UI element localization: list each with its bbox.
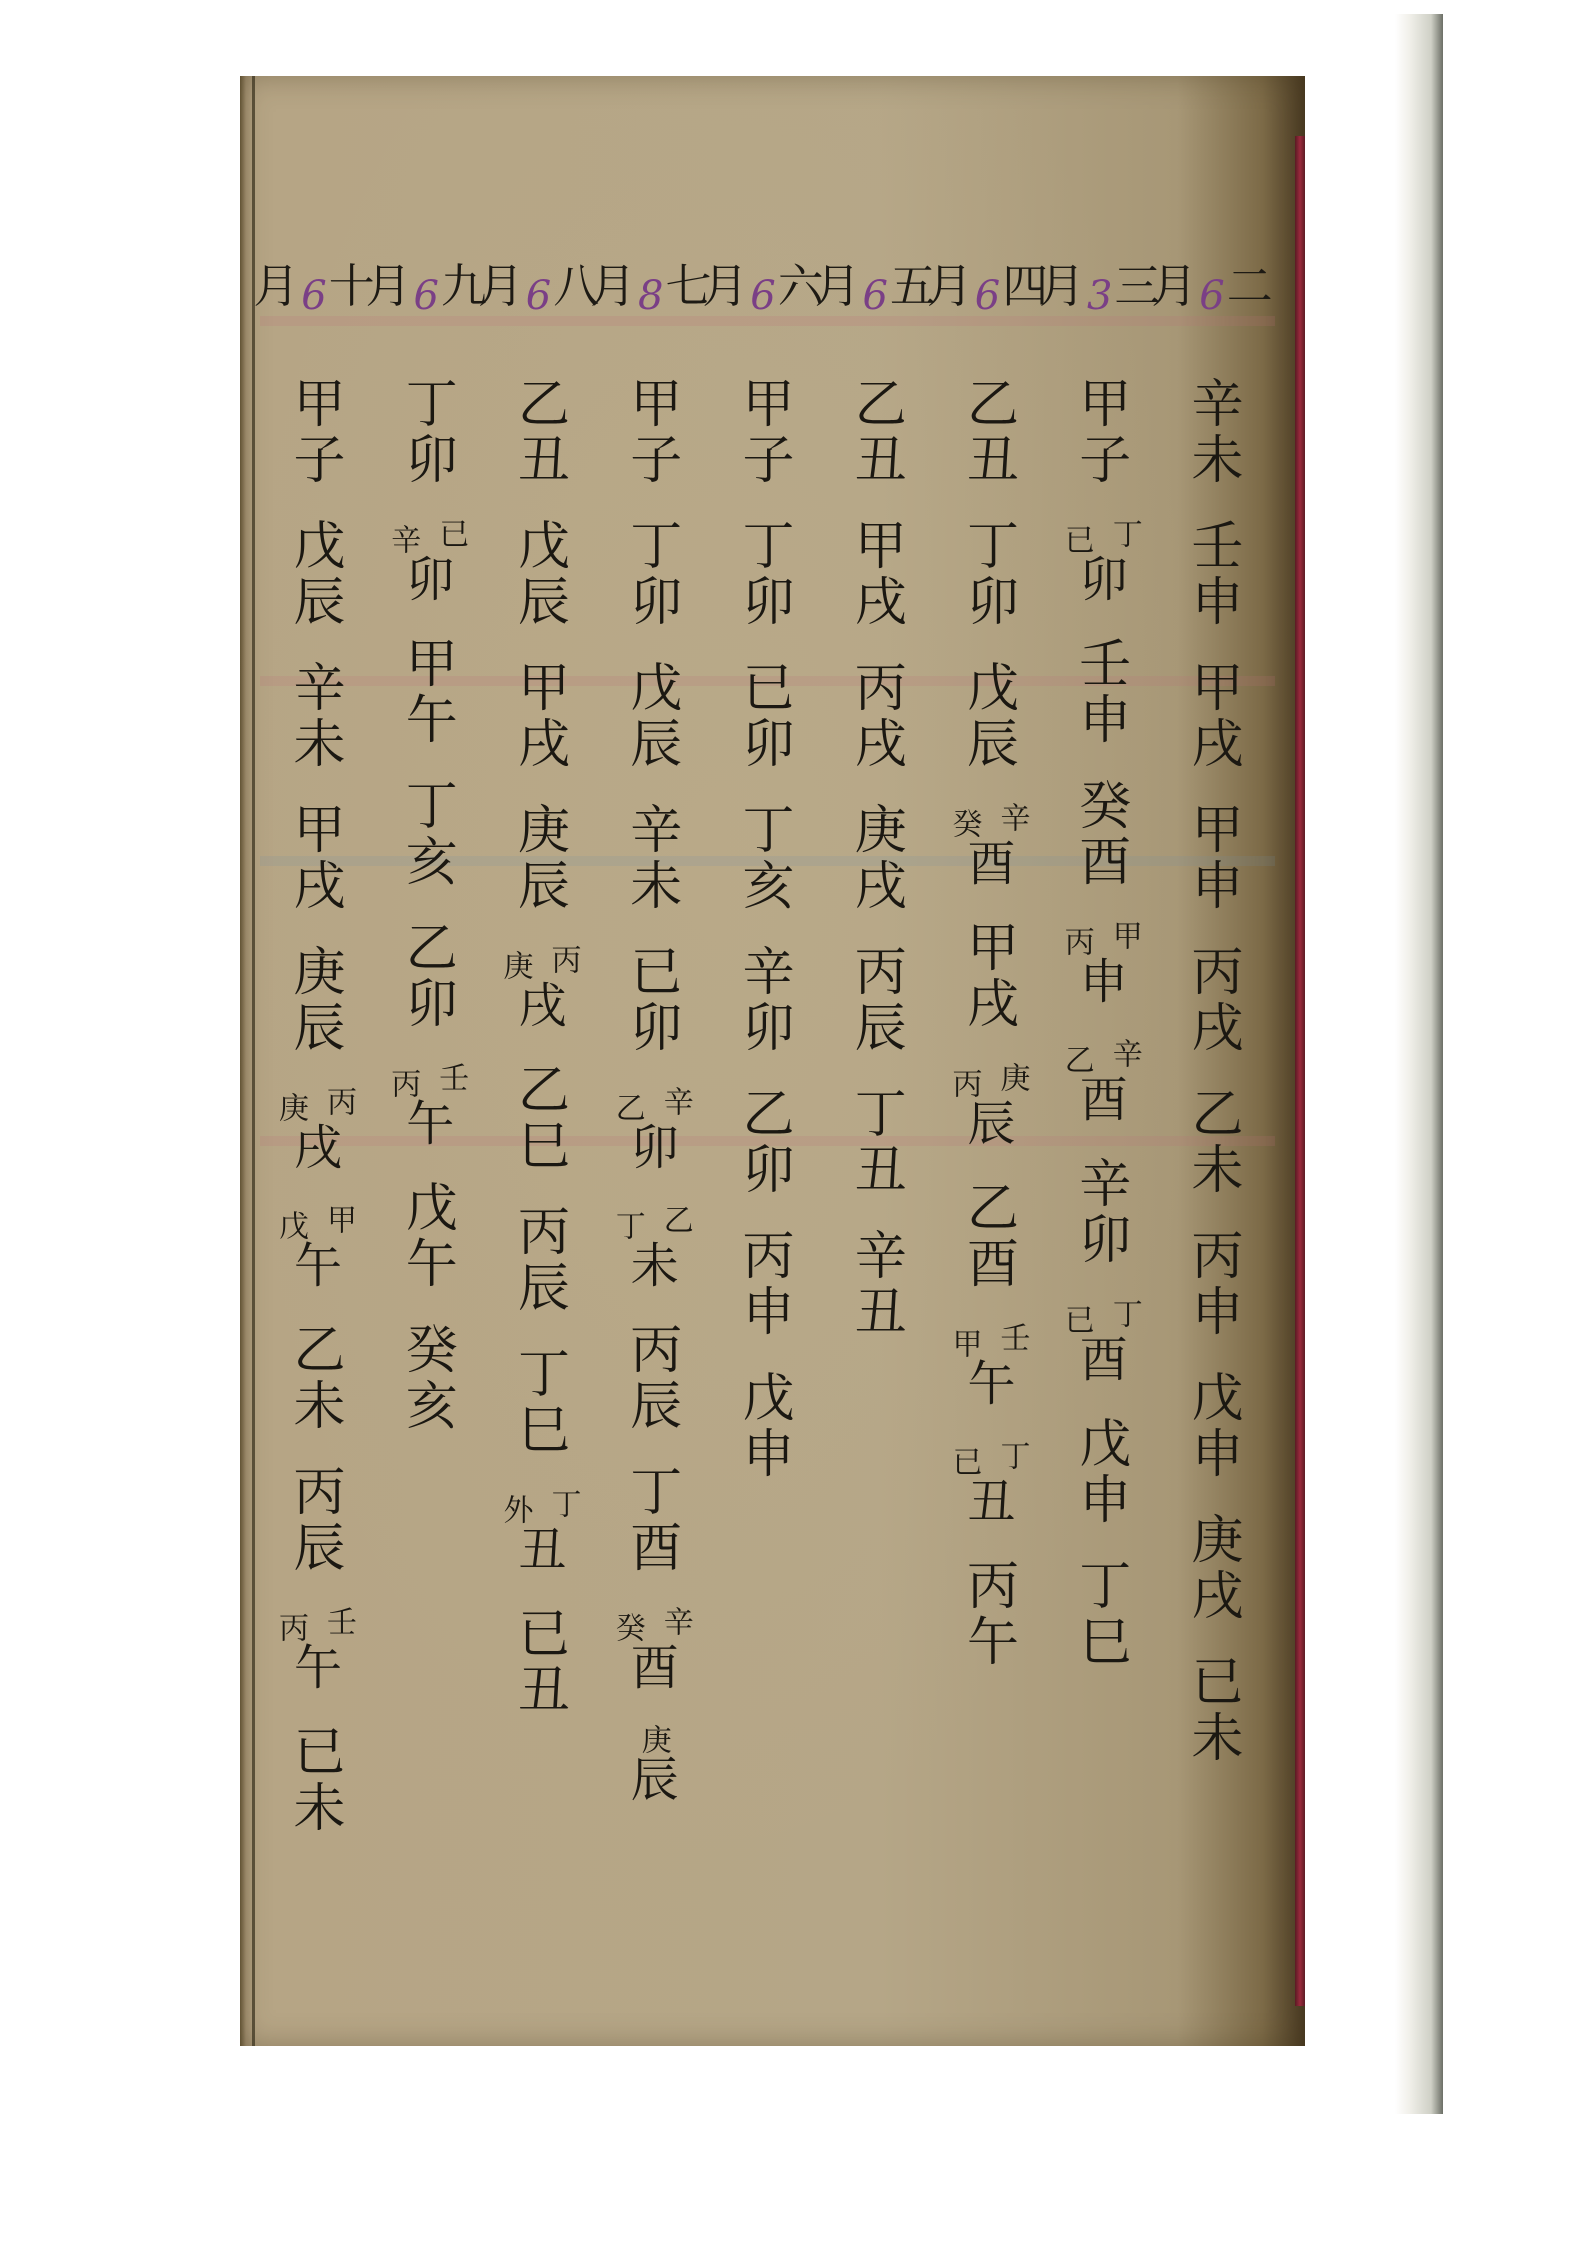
alt-stem-left: 已 bbox=[942, 1446, 986, 1476]
day-entry: 已卯 bbox=[737, 660, 789, 772]
branch-character: 酉 bbox=[953, 838, 1022, 890]
day-entry: 丁酉 bbox=[625, 1464, 677, 1576]
branch-character: 戌 bbox=[280, 1122, 349, 1174]
month-character: 月 bbox=[927, 263, 973, 309]
month-character: 月 bbox=[253, 263, 299, 309]
month-column: 四6月乙丑丁卯戊辰辛癸酉甲戌庚丙辰乙酉壬甲午丁已丑丙午 bbox=[932, 236, 1044, 2016]
branch-character: 午 bbox=[953, 1358, 1022, 1410]
month-column: 七8月甲子丁卯戊辰辛未已卯辛乙卯乙丁未丙辰丁酉辛癸酉庚辰 bbox=[595, 236, 707, 2016]
annotated-entry: 甲戊午 bbox=[268, 1204, 360, 1292]
purple-annotation-mark: 3 bbox=[1087, 276, 1112, 316]
day-entry: 已未 bbox=[1186, 1654, 1238, 1766]
day-entry: 壬申 bbox=[1186, 518, 1238, 630]
alt-stem-left: 丙 bbox=[268, 1612, 312, 1642]
alt-stem-left: 癸 bbox=[605, 1612, 649, 1642]
month-character: 月 bbox=[1151, 263, 1197, 309]
annotated-entry: 丁已卯 bbox=[1054, 518, 1146, 606]
day-entries: 甲子丁卯戊辰辛未已卯辛乙卯乙丁未丙辰丁酉辛癸酉庚辰 bbox=[605, 376, 697, 1806]
day-entry: 丁亥 bbox=[400, 778, 452, 890]
alt-stem-left: 庚 bbox=[268, 1092, 312, 1122]
day-entry: 丙午 bbox=[962, 1558, 1014, 1670]
alt-stem-left: 外 bbox=[493, 1494, 537, 1524]
day-entry: 辛未 bbox=[288, 660, 340, 772]
day-entry: 甲申 bbox=[1186, 802, 1238, 914]
day-entry: 癸酉 bbox=[1074, 778, 1126, 890]
alt-stem-left: 丙 bbox=[1054, 926, 1098, 956]
alt-stem-left: 丁 bbox=[605, 1210, 649, 1240]
annotated-entry: 丁外丑 bbox=[493, 1488, 585, 1576]
day-entry: 壬申 bbox=[1074, 636, 1126, 748]
annotated-entry: 丁已丑 bbox=[942, 1440, 1034, 1528]
day-entry: 丁卯 bbox=[400, 376, 452, 488]
day-entry: 甲戌 bbox=[962, 920, 1014, 1032]
day-entry: 甲戌 bbox=[288, 802, 340, 914]
day-entry: 丙申 bbox=[737, 1228, 789, 1340]
day-entry: 乙卯 bbox=[737, 1086, 789, 1198]
alt-stem-right: 乙 bbox=[653, 1204, 697, 1240]
annotated-entry: 庚辰 bbox=[616, 1724, 685, 1806]
day-entry: 已丑 bbox=[513, 1606, 565, 1718]
alt-stem-left: 丙 bbox=[380, 1068, 424, 1098]
month-header: 五6月 bbox=[815, 236, 936, 336]
annotated-entry: 辛癸酉 bbox=[605, 1606, 697, 1694]
purple-annotation-mark: 6 bbox=[1199, 276, 1224, 316]
month-header: 三3月 bbox=[1039, 236, 1160, 336]
day-entries: 辛未壬申甲戌甲申丙戌乙未丙申戊申庚戌已未 bbox=[1186, 376, 1238, 1766]
alt-stem-right: 庚 bbox=[631, 1724, 675, 1754]
purple-annotation-mark: 6 bbox=[863, 276, 888, 316]
branch-character: 酉 bbox=[616, 1642, 685, 1694]
branch-character: 卯 bbox=[392, 554, 461, 606]
alt-stem-right: 已 bbox=[428, 518, 472, 554]
annotated-entry: 已辛卯 bbox=[380, 518, 472, 606]
day-entry: 癸亥 bbox=[400, 1322, 452, 1434]
day-entry: 辛卯 bbox=[737, 944, 789, 1056]
month-column: 五6月乙丑甲戌丙戌庚戌丙辰丁丑辛丑 bbox=[819, 236, 931, 2016]
day-entry: 甲戌 bbox=[513, 660, 565, 772]
month-character: 月 bbox=[1039, 263, 1085, 309]
purple-annotation-mark: 6 bbox=[750, 276, 775, 316]
manuscript-page: 二6月辛未壬申甲戌甲申丙戌乙未丙申戊申庚戌已未三3月甲子丁已卯壬申癸酉甲丙申辛乙… bbox=[240, 76, 1305, 2046]
day-entry: 已未 bbox=[288, 1724, 340, 1836]
alt-stem-left: 庚 bbox=[493, 950, 537, 980]
alt-stem-right: 辛 bbox=[990, 802, 1034, 838]
day-entries: 乙丑戊辰甲戌庚辰丙庚戌乙巳丙辰丁巳丁外丑已丑 bbox=[493, 376, 585, 1718]
month-column: 三3月甲子丁已卯壬申癸酉甲丙申辛乙酉辛卯丁已酉戊申丁巳 bbox=[1044, 236, 1156, 2016]
alt-stem-right: 庚 bbox=[990, 1062, 1034, 1098]
day-entry: 丁亥 bbox=[737, 802, 789, 914]
month-column: 二6月辛未壬申甲戌甲申丙戌乙未丙申戊申庚戌已未 bbox=[1156, 236, 1268, 2016]
day-entry: 戊申 bbox=[737, 1370, 789, 1482]
alt-stem-left: 甲 bbox=[942, 1328, 986, 1358]
alt-stem-right: 辛 bbox=[653, 1086, 697, 1122]
branch-character: 午 bbox=[280, 1240, 349, 1292]
day-entry: 丙辰 bbox=[513, 1204, 565, 1316]
day-entry: 戊午 bbox=[400, 1180, 452, 1292]
alt-stem-right: 丁 bbox=[541, 1488, 585, 1524]
day-entry: 辛卯 bbox=[1074, 1156, 1126, 1268]
day-entry: 丙辰 bbox=[849, 944, 901, 1056]
day-entry: 乙未 bbox=[288, 1322, 340, 1434]
month-columns: 二6月辛未壬申甲戌甲申丙戌乙未丙申戊申庚戌已未三3月甲子丁已卯壬申癸酉甲丙申辛乙… bbox=[258, 236, 1268, 2016]
month-column: 十6月甲子戊辰辛未甲戌庚辰丙庚戌甲戊午乙未丙辰壬丙午已未 bbox=[258, 236, 370, 2016]
month-character: 月 bbox=[702, 263, 748, 309]
day-entry: 戊辰 bbox=[288, 518, 340, 630]
day-entry: 乙卯 bbox=[400, 920, 452, 1032]
month-character: 月 bbox=[590, 263, 636, 309]
alt-stem-right: 甲 bbox=[1102, 920, 1146, 956]
day-entry: 甲子 bbox=[625, 376, 677, 488]
alt-stem-right: 壬 bbox=[428, 1062, 472, 1098]
month-character: 月 bbox=[478, 263, 524, 309]
month-number: 二 bbox=[1227, 263, 1273, 309]
day-entry: 乙丑 bbox=[962, 376, 1014, 488]
alt-stem-right: 丁 bbox=[1102, 518, 1146, 554]
alt-stem-right: 丁 bbox=[990, 1440, 1034, 1476]
month-header: 二6月 bbox=[1151, 236, 1272, 336]
day-entries: 乙丑甲戌丙戌庚戌丙辰丁丑辛丑 bbox=[849, 376, 901, 1340]
branch-character: 辰 bbox=[616, 1754, 685, 1806]
month-column: 九6月丁卯已辛卯甲午丁亥乙卯壬丙午戊午癸亥 bbox=[370, 236, 482, 2016]
alt-stem-right: 丙 bbox=[316, 1086, 360, 1122]
alt-stem-left: 已 bbox=[1054, 1304, 1098, 1334]
branch-character: 申 bbox=[1065, 956, 1134, 1008]
day-entry: 戊辰 bbox=[625, 660, 677, 772]
day-entry: 丙戌 bbox=[849, 660, 901, 772]
purple-annotation-mark: 6 bbox=[975, 276, 1000, 316]
day-entry: 甲午 bbox=[400, 636, 452, 748]
day-entry: 甲子 bbox=[737, 376, 789, 488]
day-entry: 丁巳 bbox=[513, 1346, 565, 1458]
annotated-entry: 甲丙申 bbox=[1054, 920, 1146, 1008]
alt-stem-left: 辛 bbox=[380, 524, 424, 554]
annotated-entry: 丁已酉 bbox=[1054, 1298, 1146, 1386]
day-entry: 甲戌 bbox=[1186, 660, 1238, 772]
day-entries: 甲子丁卯已卯丁亥辛卯乙卯丙申戊申 bbox=[737, 376, 789, 1482]
month-header: 九6月 bbox=[366, 236, 487, 336]
month-header: 七8月 bbox=[590, 236, 711, 336]
purple-annotation-mark: 6 bbox=[526, 276, 551, 316]
alt-stem-right: 甲 bbox=[316, 1204, 360, 1240]
alt-stem-right: 丙 bbox=[541, 944, 585, 980]
day-entry: 庚辰 bbox=[288, 944, 340, 1056]
alt-stem-right: 辛 bbox=[653, 1606, 697, 1642]
day-entry: 戊辰 bbox=[962, 660, 1014, 772]
alt-stem-left: 癸 bbox=[942, 808, 986, 838]
alt-stem-left: 已 bbox=[1054, 524, 1098, 554]
day-entry: 已卯 bbox=[625, 944, 677, 1056]
day-entry: 丙戌 bbox=[1186, 944, 1238, 1056]
branch-character: 辰 bbox=[953, 1098, 1022, 1150]
branch-character: 丑 bbox=[504, 1524, 573, 1576]
branch-character: 酉 bbox=[1065, 1074, 1134, 1126]
day-entry: 乙丑 bbox=[513, 376, 565, 488]
day-entries: 乙丑丁卯戊辰辛癸酉甲戌庚丙辰乙酉壬甲午丁已丑丙午 bbox=[942, 376, 1034, 1670]
alt-stem-right: 壬 bbox=[990, 1322, 1034, 1358]
branch-character: 酉 bbox=[1065, 1334, 1134, 1386]
annotated-entry: 乙丁未 bbox=[605, 1204, 697, 1292]
day-entry: 丁卯 bbox=[737, 518, 789, 630]
alt-stem-right: 壬 bbox=[316, 1606, 360, 1642]
day-entries: 甲子丁已卯壬申癸酉甲丙申辛乙酉辛卯丁已酉戊申丁巳 bbox=[1054, 376, 1146, 1670]
branch-character: 午 bbox=[280, 1642, 349, 1694]
purple-annotation-mark: 8 bbox=[638, 276, 663, 316]
day-entry: 甲戌 bbox=[849, 518, 901, 630]
annotated-entry: 壬丙午 bbox=[380, 1062, 472, 1150]
annotated-entry: 壬甲午 bbox=[942, 1322, 1034, 1410]
alt-stem-left: 戊 bbox=[268, 1210, 312, 1240]
branch-character: 戌 bbox=[504, 980, 573, 1032]
annotated-entry: 辛癸酉 bbox=[942, 802, 1034, 890]
day-entry: 辛未 bbox=[1186, 376, 1238, 488]
month-character: 月 bbox=[815, 263, 861, 309]
day-entry: 乙巳 bbox=[513, 1062, 565, 1174]
day-entry: 丁巳 bbox=[1074, 1558, 1126, 1670]
month-header: 六6月 bbox=[702, 236, 823, 336]
day-entry: 甲子 bbox=[288, 376, 340, 488]
day-entry: 乙未 bbox=[1186, 1086, 1238, 1198]
alt-stem-right: 辛 bbox=[1102, 1038, 1146, 1074]
binding-edge bbox=[1295, 136, 1305, 2006]
day-entry: 乙酉 bbox=[962, 1180, 1014, 1292]
branch-character: 卯 bbox=[616, 1122, 685, 1174]
month-column: 六6月甲子丁卯已卯丁亥辛卯乙卯丙申戊申 bbox=[707, 236, 819, 2016]
day-entry: 乙丑 bbox=[849, 376, 901, 488]
day-entry: 戊申 bbox=[1186, 1370, 1238, 1482]
day-entries: 丁卯已辛卯甲午丁亥乙卯壬丙午戊午癸亥 bbox=[380, 376, 472, 1434]
annotated-entry: 辛乙酉 bbox=[1054, 1038, 1146, 1126]
annotated-entry: 丙庚戌 bbox=[268, 1086, 360, 1174]
day-entry: 庚戌 bbox=[849, 802, 901, 914]
month-header: 四6月 bbox=[927, 236, 1048, 336]
alt-stem-right: 丁 bbox=[1102, 1298, 1146, 1334]
day-entry: 庚戌 bbox=[1186, 1512, 1238, 1624]
annotated-entry: 丙庚戌 bbox=[493, 944, 585, 1032]
month-header: 八6月 bbox=[478, 236, 599, 336]
day-entry: 丁卯 bbox=[962, 518, 1014, 630]
page-gutter-shadow bbox=[1395, 14, 1443, 2114]
branch-character: 午 bbox=[392, 1098, 461, 1150]
month-header: 十6月 bbox=[253, 236, 374, 336]
day-entries: 甲子戊辰辛未甲戌庚辰丙庚戌甲戊午乙未丙辰壬丙午已未 bbox=[268, 376, 360, 1836]
alt-stem-left: 丙 bbox=[942, 1068, 986, 1098]
branch-character: 丑 bbox=[953, 1476, 1022, 1528]
day-entry: 丙辰 bbox=[625, 1322, 677, 1434]
branch-character: 未 bbox=[616, 1240, 685, 1292]
day-entry: 丙辰 bbox=[288, 1464, 340, 1576]
purple-annotation-mark: 6 bbox=[414, 276, 439, 316]
day-entry: 丙申 bbox=[1186, 1228, 1238, 1340]
day-entry: 丁卯 bbox=[625, 518, 677, 630]
annotated-entry: 庚丙辰 bbox=[942, 1062, 1034, 1150]
branch-character: 卯 bbox=[1065, 554, 1134, 606]
day-entry: 丁丑 bbox=[849, 1086, 901, 1198]
annotated-entry: 辛乙卯 bbox=[605, 1086, 697, 1174]
day-entry: 庚辰 bbox=[513, 802, 565, 914]
purple-annotation-mark: 6 bbox=[301, 276, 326, 316]
month-character: 月 bbox=[366, 263, 412, 309]
day-entry: 戊申 bbox=[1074, 1416, 1126, 1528]
day-entry: 甲子 bbox=[1074, 376, 1126, 488]
day-entry: 戊辰 bbox=[513, 518, 565, 630]
day-entry: 辛丑 bbox=[849, 1228, 901, 1340]
month-column: 八6月乙丑戊辰甲戌庚辰丙庚戌乙巳丙辰丁巳丁外丑已丑 bbox=[483, 236, 595, 2016]
annotated-entry: 壬丙午 bbox=[268, 1606, 360, 1694]
alt-stem-left: 乙 bbox=[605, 1092, 649, 1122]
alt-stem-left: 乙 bbox=[1054, 1044, 1098, 1074]
day-entry: 辛未 bbox=[625, 802, 677, 914]
